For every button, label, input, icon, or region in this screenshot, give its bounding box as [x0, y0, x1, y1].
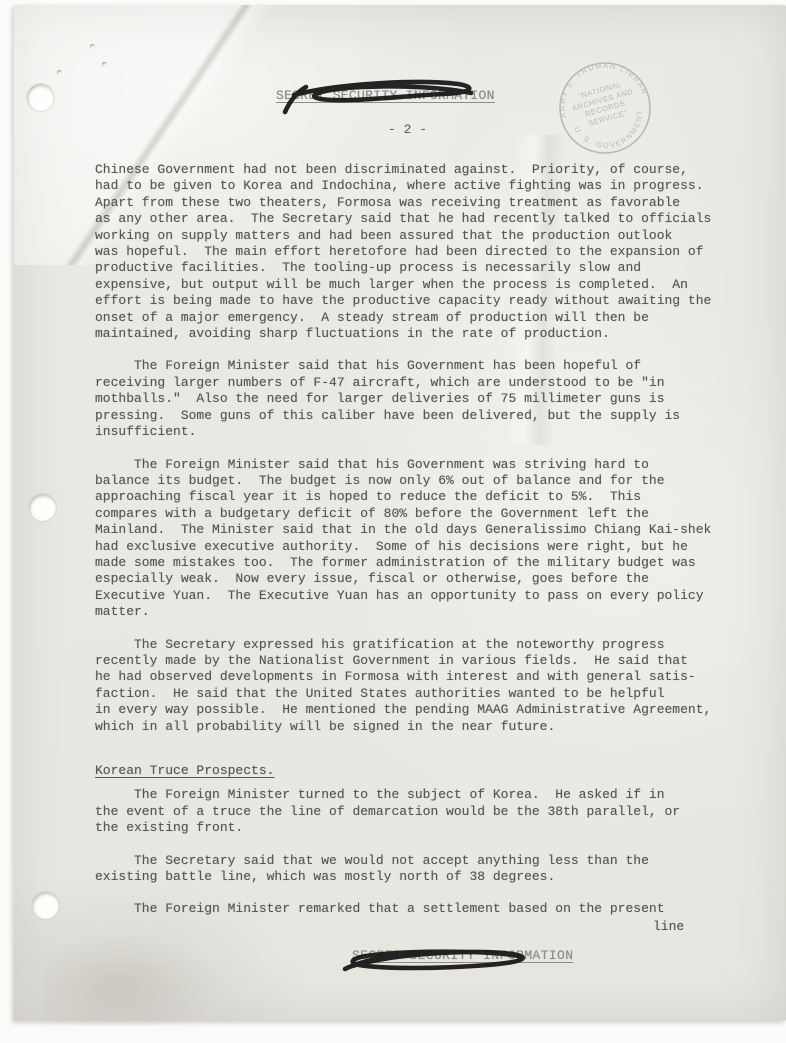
punch-hole-top [27, 84, 54, 111]
header-classification-text: SECRET SECURITY INFORMATION [276, 88, 495, 103]
punch-hole-middle [29, 494, 56, 521]
footer-classification-text: SECRET SECURITY INFORMATION [352, 948, 573, 963]
paragraph: The Secretary said that we would not acc… [95, 853, 757, 886]
catchword: line [653, 919, 684, 934]
paragraph: The Foreign Minister said that his Gover… [95, 457, 757, 621]
section-heading: Korean Truce Prospects. [95, 763, 274, 779]
paragraph: The Foreign Minister remarked that a set… [95, 901, 757, 917]
stain-mark-bottom-left [44, 935, 224, 1025]
paragraph: The Foreign Minister said that his Gover… [95, 358, 757, 440]
paragraph: Chinese Government had not been discrimi… [95, 162, 757, 342]
memo-body: Chinese Government had not been discrimi… [95, 162, 757, 934]
paragraph: The Foreign Minister turned to the subje… [95, 787, 757, 836]
scanned-memo-page: { "page": { "number": "- 2 -", "header_c… [0, 0, 786, 1043]
paragraph: The Secretary expressed his gratificatio… [95, 637, 757, 735]
page-number: - 2 - [388, 122, 427, 137]
punch-hole-bottom [32, 892, 59, 919]
staple-hole [57, 70, 62, 75]
staple-hole [90, 44, 95, 49]
staple-hole [102, 62, 107, 67]
